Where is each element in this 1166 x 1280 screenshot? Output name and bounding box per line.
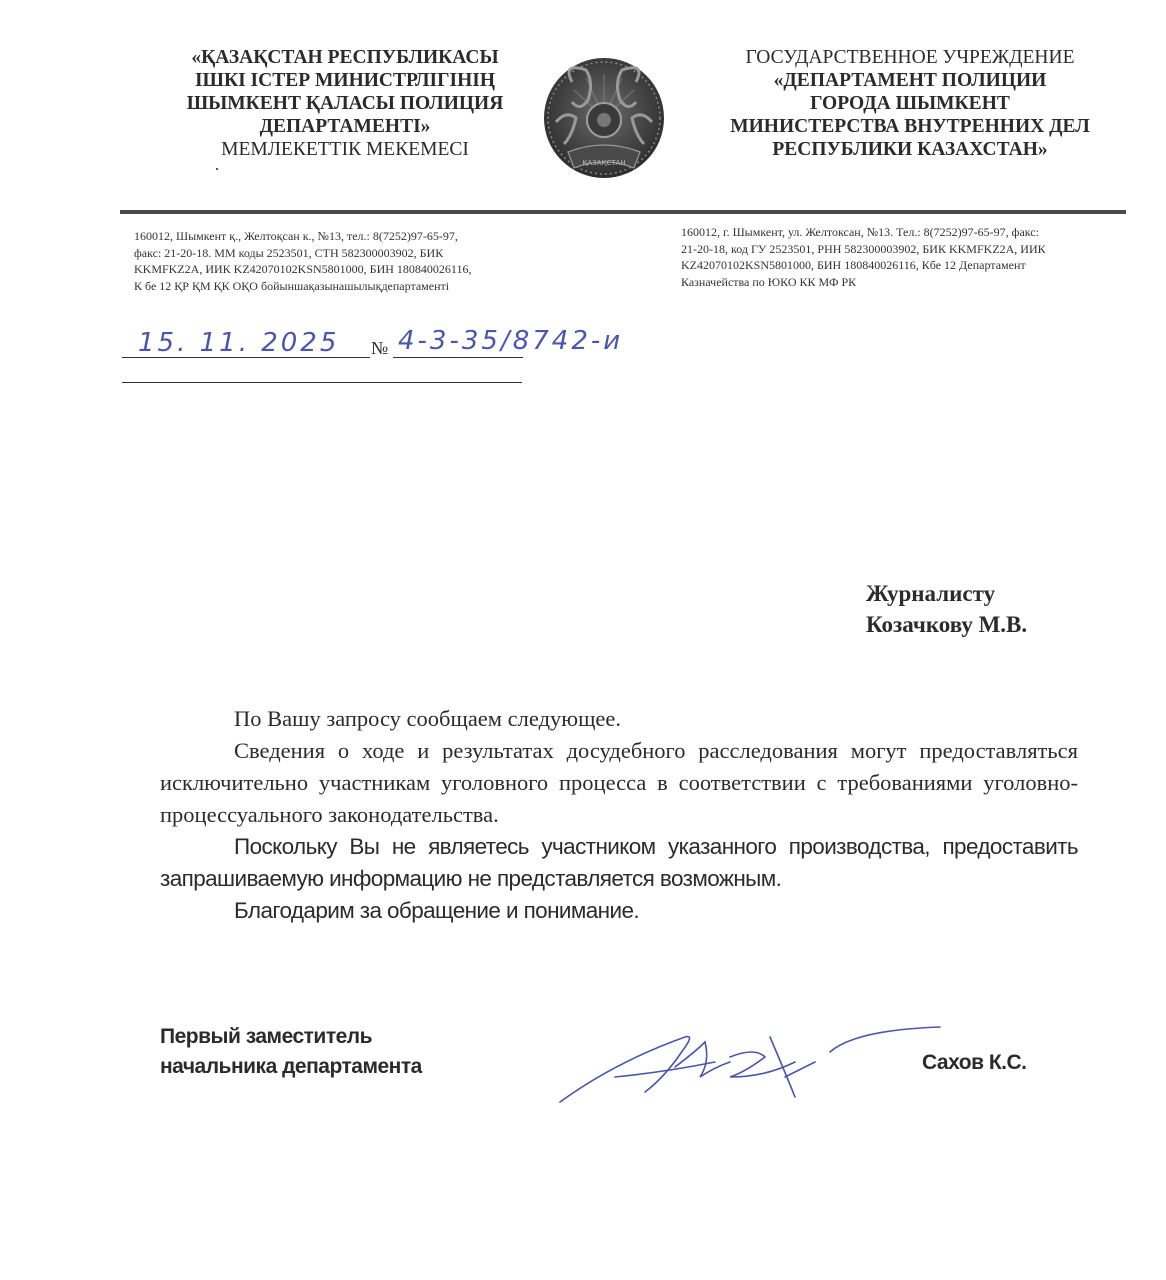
header-right-russian: ГОСУДАРСТВЕННОЕ УЧРЕЖДЕНИЕ «ДЕПАРТАМЕНТ … — [700, 46, 1120, 161]
handwritten-reference-number: 4-3-35/8742-и — [398, 326, 623, 356]
header-right-line: «ДЕПАРТАМЕНТ ПОЛИЦИИ — [700, 69, 1120, 92]
address-line: К бе 12 ҚР ҚМ ҚК ОҚО бойыншақазынашылықд… — [134, 278, 514, 295]
header-left-subtitle: МЕМЛЕКЕТТІК МЕКЕМЕСІ — [160, 138, 530, 161]
address-russian: 160012, г. Шымкент, ул. Желтоксан, №13. … — [681, 224, 1101, 290]
addressee: Журналисту Козачкову М.В. — [866, 578, 1027, 640]
paragraph: По Вашу запросу сообщаем следующее. — [160, 703, 1078, 735]
address-line: 160012, г. Шымкент, ул. Желтоксан, №13. … — [681, 224, 1101, 241]
header-divider — [120, 210, 1126, 214]
address-kazakh: 160012, Шымкент қ., Желтоқсан к., №13, т… — [134, 228, 514, 294]
header-right-line: ГОРОДА ШЫМКЕНТ — [700, 92, 1120, 115]
signatory-title: Первый заместитель начальника департамен… — [160, 1022, 422, 1082]
signatory-title-line: Первый заместитель — [160, 1022, 422, 1052]
addressee-role: Журналисту — [866, 578, 1027, 609]
header-left-kazakh: «ҚАЗАҚСТАН РЕСПУБЛИКАСЫ ІШКІ ІСТЕР МИНИС… — [160, 46, 530, 161]
date-underline — [122, 357, 370, 358]
addressee-name: Козачкову М.В. — [866, 609, 1027, 640]
address-line: факс: 21-20-18. ММ коды 2523501, СТН 582… — [134, 245, 514, 262]
address-line: KKMFKZ2A, ИИК KZ42070102KSN5801000, БИН … — [134, 261, 514, 278]
reference-underline — [122, 382, 522, 383]
signatory-title-line: начальника департамента — [160, 1052, 422, 1082]
header-right-line: РЕСПУБЛИКИ КАЗАХСТАН» — [700, 138, 1120, 161]
emblem-text: ҚАЗАҚСТАН — [582, 159, 625, 167]
header-right-line: МИНИСТЕРСТВА ВНУТРЕННИХ ДЕЛ — [700, 115, 1120, 138]
header-left-line: «ҚАЗАҚСТАН РЕСПУБЛИКАСЫ — [160, 46, 530, 69]
signatory-name: Сахов К.С. — [922, 1051, 1026, 1075]
header-right-subtitle: ГОСУДАРСТВЕННОЕ УЧРЕЖДЕНИЕ — [700, 46, 1120, 69]
header-left-line: ІШКІ ІСТЕР МИНИСТРЛІГІНІҢ — [160, 69, 530, 92]
letter-body: По Вашу запросу сообщаем следующее. Свед… — [160, 703, 1078, 927]
handwritten-signature — [555, 1022, 945, 1112]
number-underline — [393, 357, 523, 358]
number-sign: № — [371, 338, 388, 359]
paragraph: Поскольку Вы не являетесь участником ука… — [160, 831, 1078, 895]
address-line: Казначейства по ЮКО КК МФ РК — [681, 274, 1101, 291]
state-emblem-icon: ҚАЗАҚСТАН — [542, 52, 666, 186]
address-line: KZ42070102KSN5801000, БИН 180840026116, … — [681, 257, 1101, 274]
header-left-line: ШЫМКЕНТ ҚАЛАСЫ ПОЛИЦИЯ — [160, 92, 530, 115]
address-line: 21-20-18, код ГУ 2523501, РНН 5823000039… — [681, 241, 1101, 258]
address-line: 160012, Шымкент қ., Желтоқсан к., №13, т… — [134, 228, 514, 245]
speck — [216, 168, 218, 170]
paragraph: Благодарим за обращение и понимание. — [160, 895, 1078, 927]
handwritten-date: 15. 11. 2025 — [138, 328, 339, 358]
paragraph: Сведения о ходе и результатах досудебног… — [160, 735, 1078, 831]
header-left-line: ДЕПАРТАМЕНТІ» — [160, 115, 530, 138]
